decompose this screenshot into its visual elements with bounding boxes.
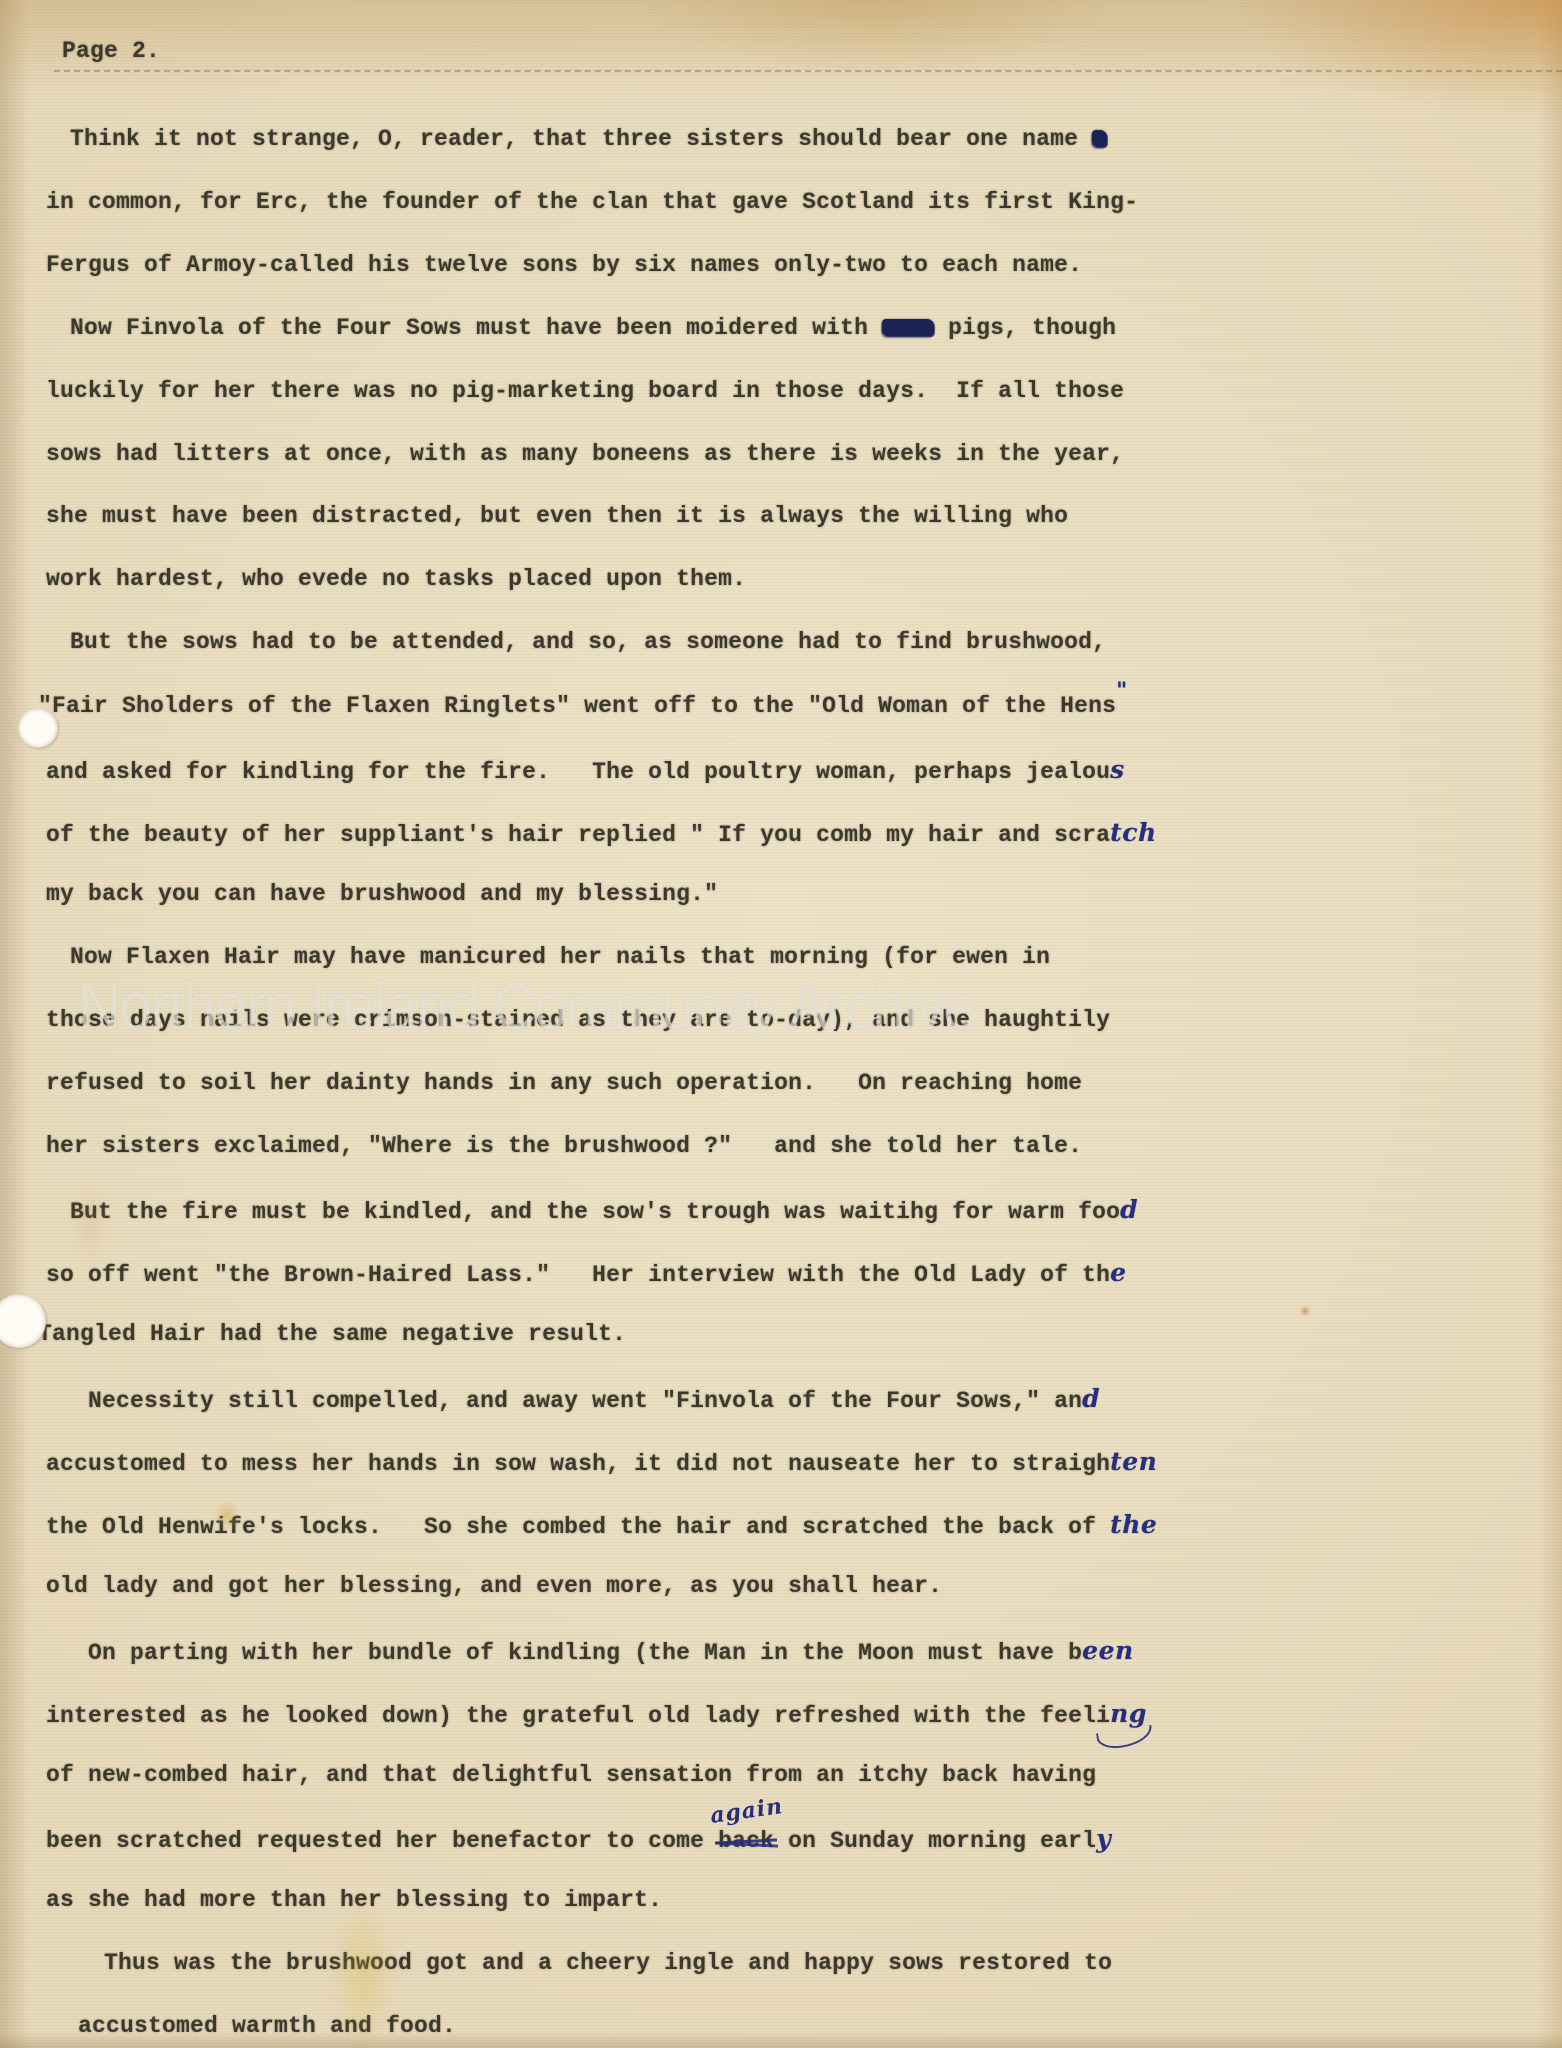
handwritten-quote-mark: " — [1116, 677, 1127, 702]
typed-line: in common, for Erc, the founder of the c… — [46, 189, 1138, 215]
handwritten-ink: the — [1110, 1510, 1157, 1539]
typed-text: sows had litters at once, with as many b… — [46, 441, 1124, 467]
typed-text: of the beauty of her suppliant's hair re… — [46, 822, 1110, 848]
typed-line: interested as he looked down) the gratef… — [46, 1699, 1153, 1729]
ink-blot — [1092, 130, 1107, 147]
typed-text: Necessity still compelled, and away went… — [88, 1388, 1082, 1414]
fold-crease-line — [54, 70, 1562, 72]
typed-text: of new-combed hair, and that delightful … — [46, 1762, 1096, 1788]
typed-line: work hardest, who evede no tasks placed … — [46, 566, 746, 592]
archive-watermark: Northern Ireland Community Archive — [78, 968, 974, 1044]
typed-line: refused to soil her dainty hands in any … — [46, 1070, 1082, 1096]
typed-text: Thus was the brushwood got and a cheery … — [104, 1950, 1112, 1976]
typed-line: Fergus of Armoy-called his twelve sons b… — [46, 252, 1082, 278]
typed-text: luckily for her there was no pig-marketi… — [46, 378, 1124, 404]
typed-line: so off went "the Brown-Haired Lass." Her… — [46, 1258, 1127, 1288]
typed-text: pigs, though — [934, 315, 1116, 341]
punch-hole — [18, 708, 58, 748]
typed-line: Now Finvola of the Four Sows must have b… — [70, 315, 1116, 341]
typed-text: But the fire must be kindled, and the so… — [70, 1199, 1120, 1225]
typed-text: in common, for Erc, the founder of the c… — [46, 189, 1138, 215]
handwritten-ink: ng — [1110, 1699, 1147, 1728]
typed-line: Tangled Hair had the same negative resul… — [38, 1321, 626, 1347]
typed-text: been scratched requested her benefactor … — [46, 1828, 718, 1854]
typed-text: interested as he looked down) the gratef… — [46, 1703, 1110, 1729]
typed-line: Now Flaxen Hair may have manicured her n… — [70, 944, 1050, 970]
handwritten-ink: een — [1082, 1636, 1134, 1665]
typed-text: refused to soil her dainty hands in any … — [46, 1070, 1082, 1096]
typed-text: my back you can have brushwood and my bl… — [46, 881, 718, 907]
typed-line: Think it not strange, O, reader, that th… — [70, 126, 1107, 152]
typed-text: as she had more than her blessing to imp… — [46, 1887, 662, 1913]
typed-text: But the sows had to be attended, and so,… — [70, 629, 1106, 655]
typed-line: Necessity still compelled, and away went… — [88, 1384, 1100, 1414]
typed-text: accustomed warmth and food. — [78, 2013, 456, 2039]
typed-text: old lady and got her blessing, and even … — [46, 1573, 942, 1599]
typed-text: on Sunday morning earl — [774, 1828, 1096, 1854]
typed-line: and asked for kindling for the fire. The… — [46, 755, 1125, 785]
typed-line: been scratched requested her benefactor … — [46, 1824, 1111, 1854]
typed-line: But the fire must be kindled, and the so… — [70, 1195, 1138, 1225]
handwritten-ink: e — [1110, 1258, 1126, 1287]
document-page: Page 2. Think it not strange, O, reader,… — [0, 0, 1562, 2048]
typed-text: Think it not strange, O, reader, that th… — [70, 126, 1092, 152]
handwritten-ink: ten — [1110, 1447, 1157, 1476]
handwritten-correction: again — [709, 1793, 785, 1829]
typed-line: "Fair Sholders of the Flaxen Ringlets" w… — [38, 692, 1128, 719]
typed-line: as she had more than her blessing to imp… — [46, 1887, 662, 1913]
handwritten-ink: d — [1120, 1195, 1138, 1224]
typed-line: accustomed warmth and food. — [78, 2013, 456, 2039]
typed-text: her sisters exclaimed, "Where is the bru… — [46, 1133, 1082, 1159]
paper-stain — [70, 1180, 110, 1270]
typed-text: and asked for kindling for the fire. The… — [46, 759, 1110, 785]
typed-line: accustomed to mess her hands in sow wash… — [46, 1447, 1157, 1477]
typed-text: she must have been distracted, but even … — [46, 503, 1068, 529]
typed-line: of new-combed hair, and that delightful … — [46, 1762, 1096, 1788]
typed-text: work hardest, who evede no tasks placed … — [46, 566, 746, 592]
typed-text: Fergus of Armoy-called his twelve sons b… — [46, 252, 1082, 278]
handwritten-ink: y — [1096, 1824, 1111, 1853]
typed-text: On parting with her bundle of kindling (… — [88, 1640, 1082, 1666]
ink-blot — [882, 319, 934, 336]
typed-text: "Fair Sholders of the Flaxen Ringlets" w… — [38, 693, 1116, 719]
typed-text: Tangled Hair had the same negative resul… — [38, 1321, 626, 1347]
struck-out-word: backagain — [718, 1828, 774, 1854]
typed-line: Thus was the brushwood got and a cheery … — [104, 1950, 1112, 1976]
typed-text: Now Finvola of the Four Sows must have b… — [70, 315, 882, 341]
typed-text: the Old Henwife's locks. So she combed t… — [46, 1514, 1110, 1540]
typed-line: But the sows had to be attended, and so,… — [70, 629, 1106, 655]
typed-line: she must have been distracted, but even … — [46, 503, 1068, 529]
typed-line: luckily for her there was no pig-marketi… — [46, 378, 1124, 404]
typed-line: sows had litters at once, with as many b… — [46, 441, 1124, 467]
handwritten-ink: tch — [1110, 818, 1156, 847]
typed-line: old lady and got her blessing, and even … — [46, 1573, 942, 1599]
handwritten-ink: s — [1110, 755, 1125, 784]
handwritten-ink: d — [1082, 1384, 1100, 1413]
typed-line: On parting with her bundle of kindling (… — [88, 1636, 1134, 1666]
typed-line: the Old Henwife's locks. So she combed t… — [46, 1510, 1157, 1540]
typed-text: so off went "the Brown-Haired Lass." Her… — [46, 1262, 1110, 1288]
typed-text: Now Flaxen Hair may have manicured her n… — [70, 944, 1050, 970]
page-number-label: Page 2. — [62, 38, 160, 64]
typed-line: of the beauty of her suppliant's hair re… — [46, 818, 1157, 848]
typed-text: accustomed to mess her hands in sow wash… — [46, 1451, 1110, 1477]
typed-line: her sisters exclaimed, "Where is the bru… — [46, 1133, 1082, 1159]
typed-line: my back you can have brushwood and my bl… — [46, 881, 718, 907]
paper-stain — [1300, 1306, 1310, 1316]
